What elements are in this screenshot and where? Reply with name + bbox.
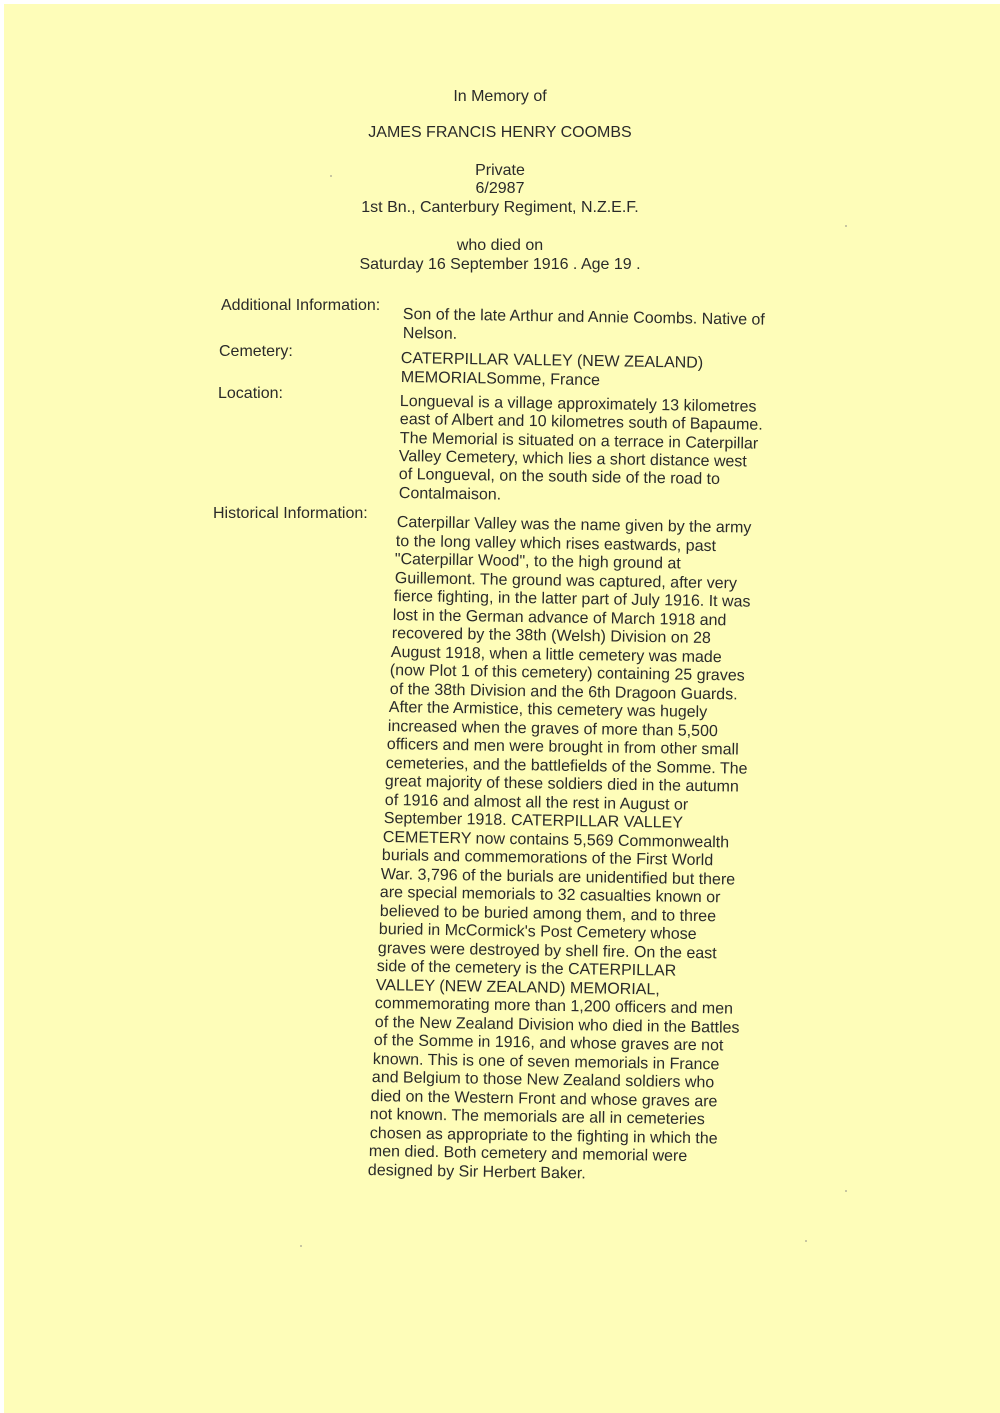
text-line: Contalmaison. <box>399 485 502 505</box>
rank: Private <box>0 162 1000 180</box>
scan-speck <box>330 175 332 177</box>
scan-speck <box>805 1240 807 1242</box>
text-line: designed by Sir Herbert Baker. <box>368 1162 586 1183</box>
who-died-on: who died on <box>0 237 1000 255</box>
additional-information-label: Additional Information: <box>221 297 380 315</box>
scan-speck <box>845 225 847 227</box>
text-line: MEMORIALSomme, France <box>400 369 599 390</box>
location-label: Location: <box>218 385 283 403</box>
service-number: 6/2987 <box>0 180 1000 198</box>
scan-speck <box>300 1245 302 1247</box>
unit: 1st Bn., Canterbury Regiment, N.Z.E.F. <box>0 199 1000 217</box>
soldier-name: JAMES FRANCIS HENRY COOMBS <box>0 124 1000 142</box>
in-memory-of-heading: In Memory of <box>0 88 1000 106</box>
scan-speck <box>845 1190 847 1192</box>
text-line: Nelson. <box>402 325 457 344</box>
death-date-age: Saturday 16 September 1916 . Age 19 . <box>0 256 1000 274</box>
cemetery-label: Cemetery: <box>219 343 293 361</box>
historical-information-label: Historical Information: <box>213 505 368 523</box>
